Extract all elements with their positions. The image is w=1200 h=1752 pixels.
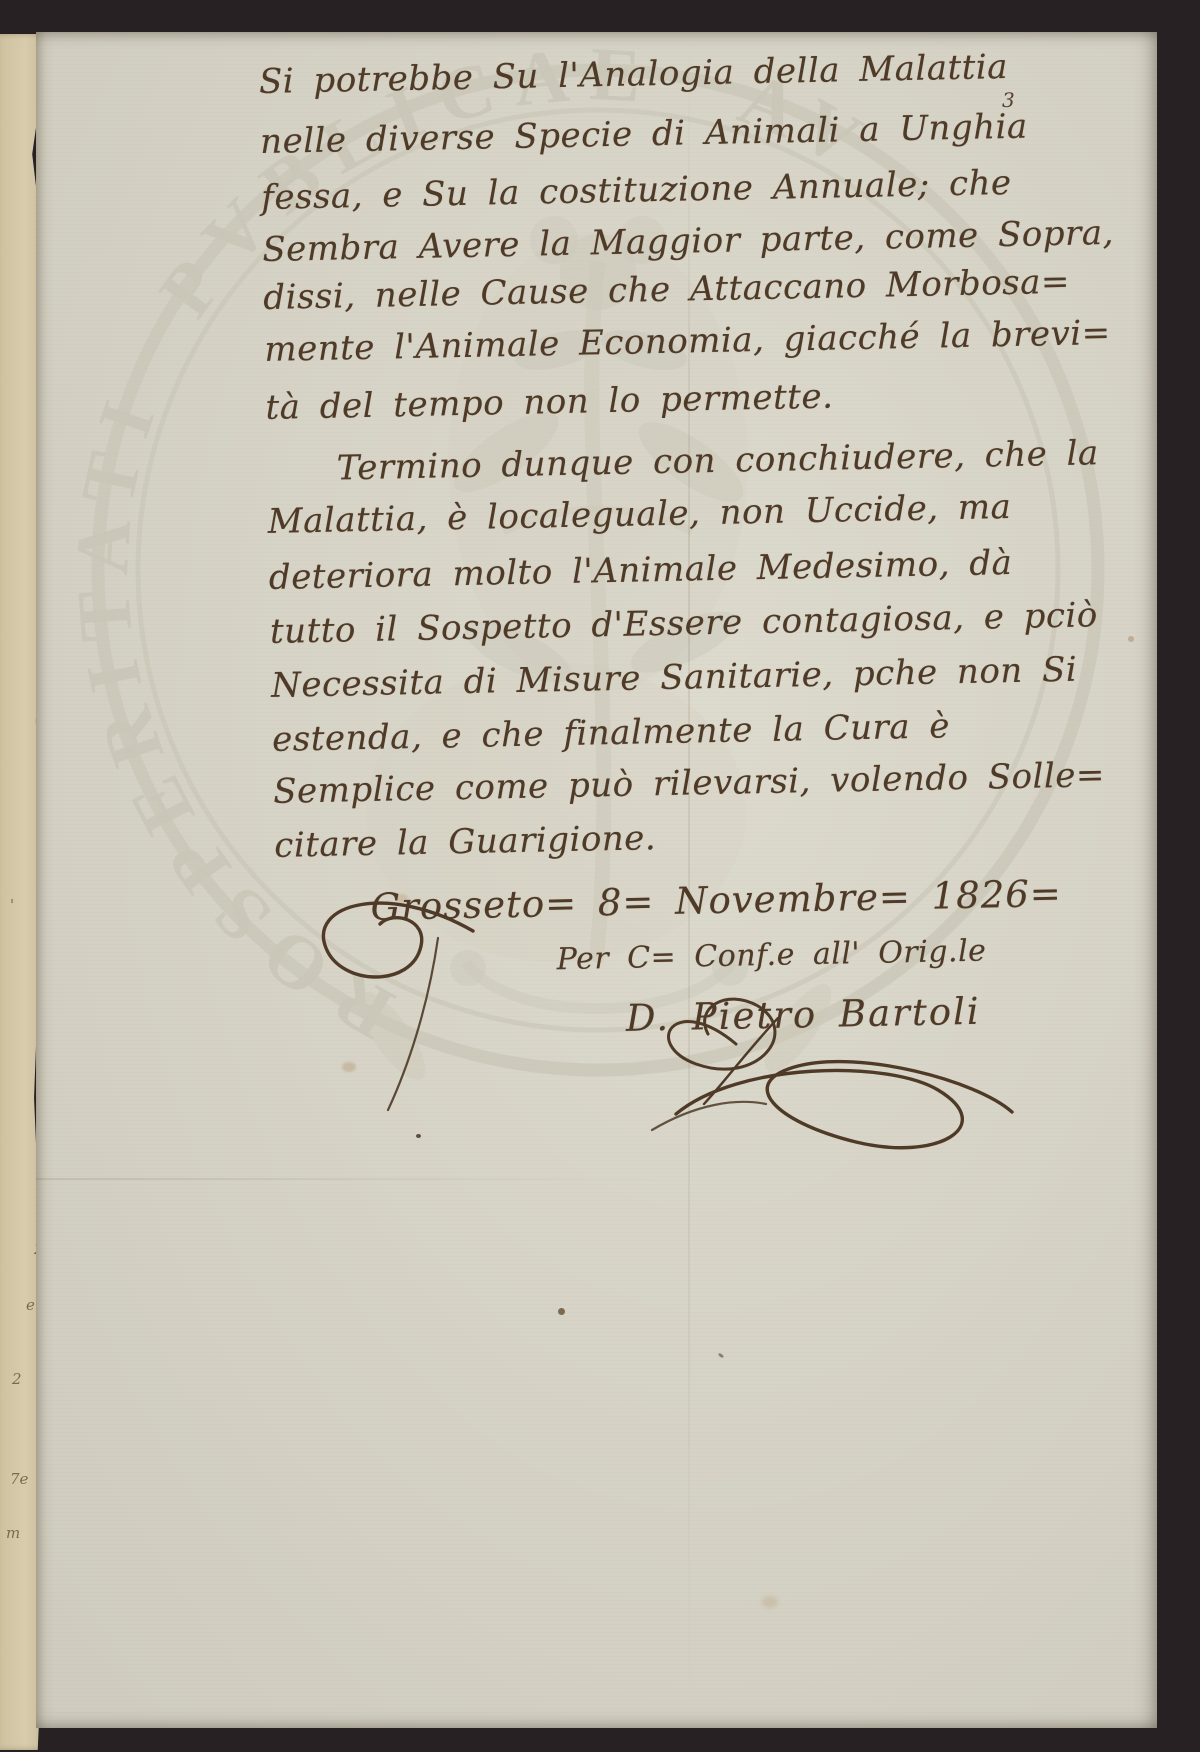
margin-mark: ' — [10, 896, 14, 914]
margin-mark: e — [26, 1296, 35, 1314]
manuscript-text-block: Si potrebbe Su l'Analogia della Malattia… — [258, 15, 1088, 32]
fold-crease — [36, 1178, 686, 1180]
margin-mark: 2 — [12, 1370, 22, 1388]
signature: D. Pietro Bartoli — [625, 990, 981, 1040]
page-number-mark: 3 — [1002, 88, 1015, 112]
foxing-spot — [1128, 636, 1134, 642]
foxing-spot — [762, 1596, 778, 1608]
manuscript-sheet: ROSPERITATI PVBLICAE AV — [36, 32, 1157, 1728]
foxing-spot — [342, 1062, 356, 1072]
margin-mark: 7e — [10, 1470, 28, 1488]
scanned-manuscript-page: ' 2 e 2 7e m ROSPERITATI PVBLICAE AV — [0, 0, 1200, 1752]
margin-mark: m — [6, 1524, 20, 1542]
ink-speck — [416, 1134, 421, 1138]
manuscript-line: citare la Guarigione. — [274, 818, 657, 866]
foxing-spot — [558, 1308, 565, 1315]
